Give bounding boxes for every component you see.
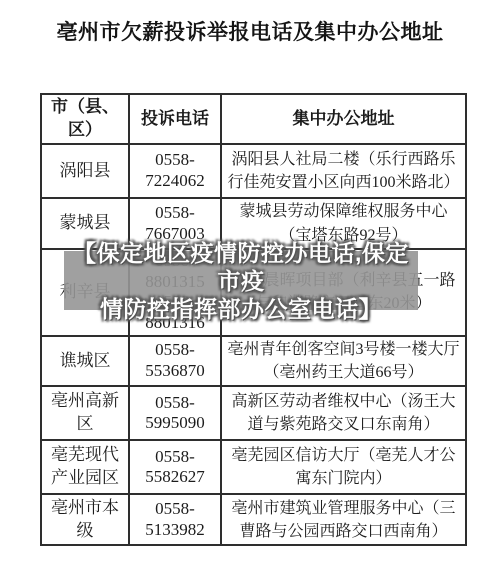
table-row: 亳州市本级 0558- 5133982 亳州市建筑业管理服务中心（三曹路与公园西… (41, 494, 466, 545)
column-header-phone: 投诉电话 (129, 94, 221, 144)
page-title: 亳州市欠薪投诉举报电话及集中办公地址 (0, 16, 500, 46)
table-row: 亳州高新区 0558- 5995090 高新区劳动者维权中心（汤王大道与紫苑路交… (41, 386, 466, 440)
watermark-text-line2: 情防控指挥部办公室电话】 (100, 295, 382, 323)
table-row: 谯城区 0558- 5536870 亳州青年创客空间3号楼一楼大厅（亳州药王大道… (41, 336, 466, 386)
watermark-overlay: 【保定地区疫情防控办电话,保定市疫 情防控指挥部办公室电话】 (64, 251, 418, 310)
watermark-text-line1: 【保定地区疫情防控办电话,保定市疫 (64, 239, 418, 295)
document-page: 亳州市欠薪投诉举报电话及集中办公地址 市（县、区） 投诉电话 集中办公地址 涡阳… (0, 0, 500, 562)
phone-cell: 0558- 5582627 (129, 440, 221, 494)
region-cell: 亳州高新区 (41, 386, 129, 440)
phone-cell: 0558- 5995090 (129, 386, 221, 440)
table-row: 亳芜现代产业园区 0558- 5582627 亳芜园区信访大厅（亳芜人才公寓东门… (41, 440, 466, 494)
region-cell: 亳州市本级 (41, 494, 129, 545)
column-header-address: 集中办公地址 (221, 94, 466, 144)
address-cell: 涡阳县人社局二楼（乐行西路乐行佳苑安置小区向西100米路北） (221, 144, 466, 198)
header-row: 市（县、区） 投诉电话 集中办公地址 (41, 94, 466, 144)
region-cell: 谯城区 (41, 336, 129, 386)
address-cell: 高新区劳动者维权中心（汤王大道与紫苑路交叉口东南角） (221, 386, 466, 440)
region-cell: 涡阳县 (41, 144, 129, 198)
column-header-region: 市（县、区） (41, 94, 129, 144)
table-row: 涡阳县 0558- 7224062 涡阳县人社局二楼（乐行西路乐行佳苑安置小区向… (41, 144, 466, 198)
region-cell: 亳芜现代产业园区 (41, 440, 129, 494)
phone-cell: 0558- 5536870 (129, 336, 221, 386)
address-cell: 亳芜园区信访大厅（亳芜人才公寓东门院内） (221, 440, 466, 494)
phone-cell: 0558- 5133982 (129, 494, 221, 545)
address-cell: 亳州青年创客空间3号楼一楼大厅（亳州药王大道66号） (221, 336, 466, 386)
phone-cell: 0558- 7224062 (129, 144, 221, 198)
address-cell: 亳州市建筑业管理服务中心（三曹路与公园西路交口西南角） (221, 494, 466, 545)
